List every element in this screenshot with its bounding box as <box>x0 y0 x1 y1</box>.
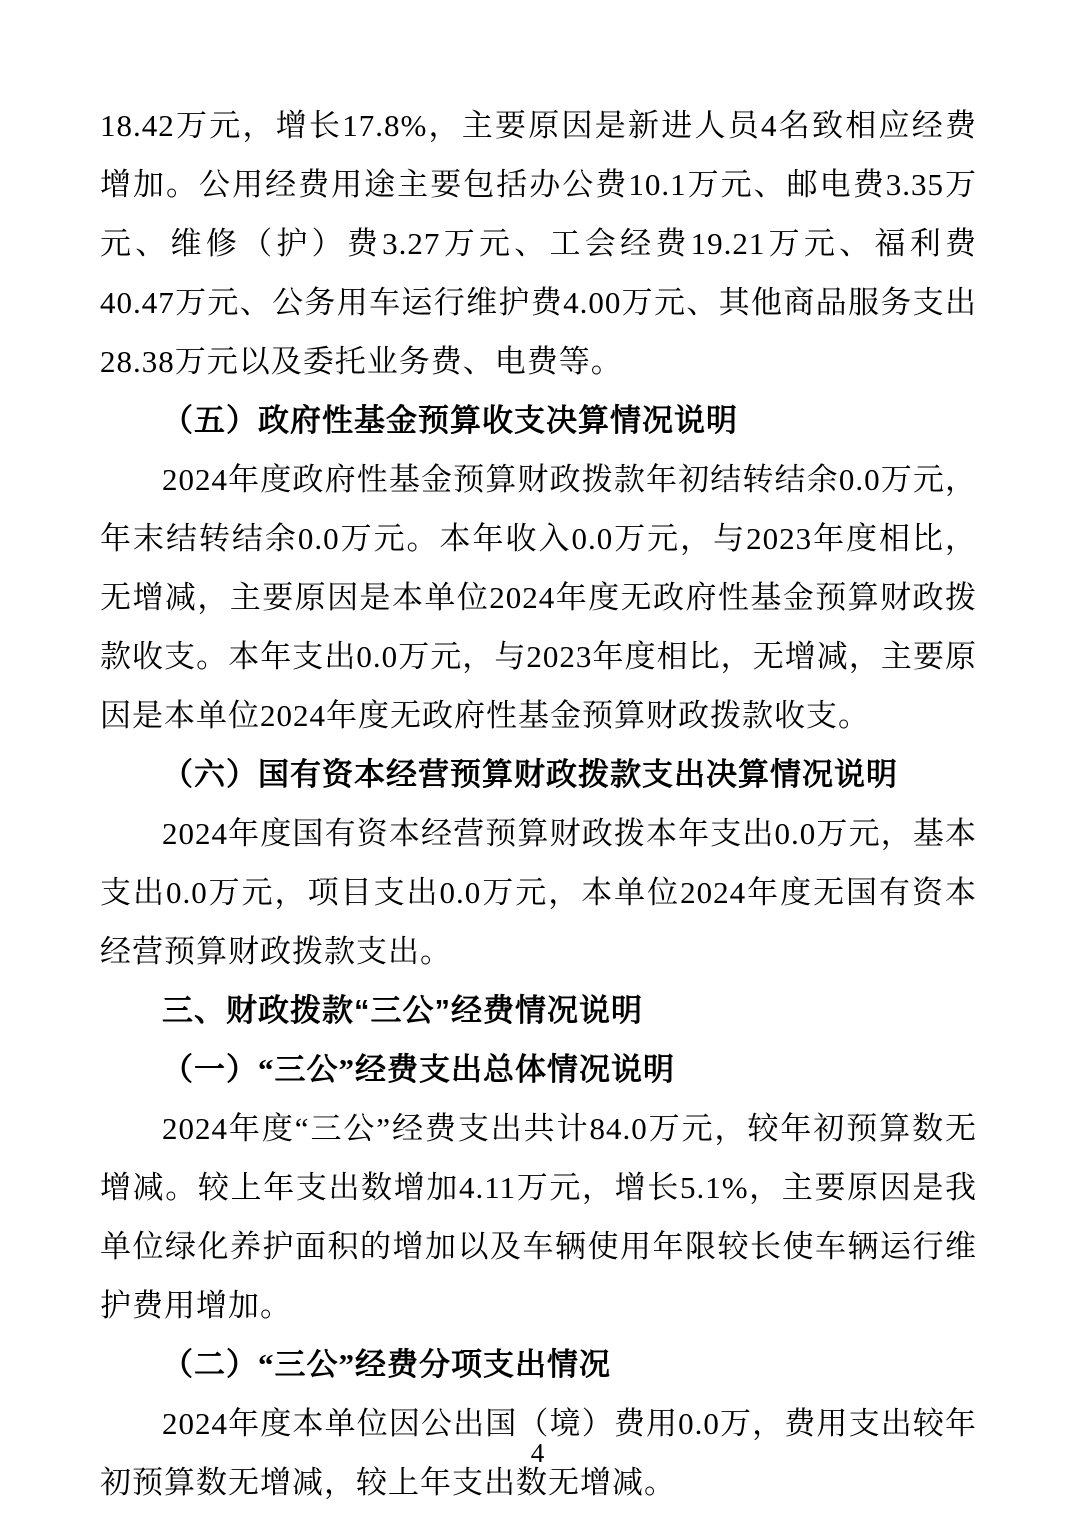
heading-section-1-three-public-overall: （一）“三公”经费支出总体情况说明 <box>100 1040 977 1099</box>
heading-chapter-3-three-public-funds: 三、财政拨款“三公”经费情况说明 <box>100 981 977 1040</box>
paragraph-state-capital-budget-detail: 2024年度国有资本经营预算财政拨本年支出0.0万元，基本支出0.0万元，项目支… <box>100 804 977 981</box>
paragraph-three-public-overall-detail: 2024年度“三公”经费支出共计84.0万元，较年初预算数无增减。较上年支出数增… <box>100 1099 977 1335</box>
paragraph-public-expense-continuation: 18.42万元，增长17.8%，主要原因是新进人员4名致相应经费增加。公用经费用… <box>100 96 977 391</box>
heading-section-6-state-capital-budget: （六）国有资本经营预算财政拨款支出决算情况说明 <box>100 745 977 804</box>
document-body: 18.42万元，增长17.8%，主要原因是新进人员4名致相应经费增加。公用经费用… <box>100 96 977 1512</box>
page-number: 4 <box>0 1438 1075 1468</box>
heading-section-2-three-public-itemized: （二）“三公”经费分项支出情况 <box>100 1335 977 1394</box>
paragraph-government-fund-budget-detail: 2024年度政府性基金预算财政拨款年初结转结余0.0万元，年末结转结余0.0万元… <box>100 450 977 745</box>
heading-section-5-government-fund-budget: （五）政府性基金预算收支决算情况说明 <box>100 391 977 450</box>
document-page: 18.42万元，增长17.8%，主要原因是新进人员4名致相应经费增加。公用经费用… <box>0 0 1075 1520</box>
